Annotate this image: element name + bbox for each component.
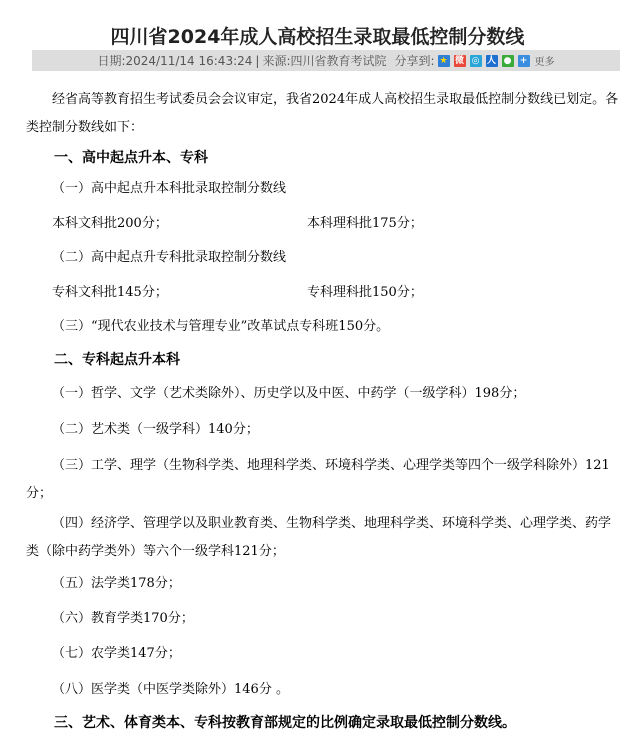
- intro-paragraph: 经省高等教育招生考试委员会会议审定，我省2024年成人高校招生录取最低控制分数线…: [26, 86, 622, 142]
- section1-sub3: （三）“现代农业技术与管理专业”改革试点专科班150分。: [26, 313, 622, 341]
- section1-heading: 一、高中起点升本、专科: [26, 144, 622, 172]
- section2-item: （三）工学、理学（生物科学类、地理科学类、环境科学类、心理学类等四个一级学科除外…: [26, 452, 622, 508]
- section2-item: （八）医学类（中医学类除外）146分 。: [26, 676, 622, 704]
- junior-college-liberal-arts-score: 专科文科批145分；: [26, 279, 307, 307]
- undergrad-liberal-arts-score: 本科文科批200分；: [26, 210, 307, 238]
- article-source: 来源:四川省教育考试院: [262, 52, 386, 69]
- renren-icon[interactable]: 人: [486, 55, 498, 67]
- more-share-icon[interactable]: +: [518, 55, 530, 67]
- wechat-icon[interactable]: ●: [502, 55, 514, 67]
- undergrad-science-score: 本科理科批175分；: [307, 210, 423, 238]
- section1-sub1-items: 本科文科批200分； 本科理科批175分；: [26, 210, 622, 238]
- section2-heading: 二、专科起点升本科: [26, 346, 622, 374]
- share-label: 分享到:: [394, 52, 434, 69]
- share-icons: ★ 微 ◎ 人 ● + 更多: [438, 53, 555, 68]
- qzone-icon[interactable]: ★: [438, 55, 450, 67]
- publish-date: 日期:2024/11/14 16:43:24: [97, 52, 252, 69]
- section2-item: （一）哲学、文学（艺术类除外）、历史学以及中医、中药学（一级学科）198分；: [26, 380, 622, 408]
- more-share-link[interactable]: 更多: [535, 53, 555, 68]
- article-title: 四川省2024年成人高校招生录取最低控制分数线: [0, 25, 635, 49]
- section2-item: （六）教育学类170分；: [26, 605, 622, 633]
- tencent-weibo-icon[interactable]: ◎: [470, 55, 482, 67]
- meta-separator: |: [255, 54, 259, 68]
- section1-sub1: （一）高中起点升本科批录取控制分数线: [26, 175, 622, 203]
- section1-sub2: （二）高中起点升专科批录取控制分数线: [26, 244, 622, 272]
- section2-item: （四）经济学、管理学以及职业教育类、生物科学类、地理科学类、环境科学类、心理学类…: [26, 510, 622, 566]
- section2-item: （二）艺术类（一级学科）140分；: [26, 416, 622, 444]
- section1-sub2-items: 专科文科批145分； 专科理科批150分；: [26, 279, 622, 307]
- section3-heading: 三、艺术、体育类本、专科按教育部规定的比例确定录取最低控制分数线。: [26, 709, 622, 737]
- weibo-icon[interactable]: 微: [454, 55, 466, 67]
- article-meta-bar: 日期:2024/11/14 16:43:24 | 来源:四川省教育考试院 分享到…: [32, 50, 620, 71]
- section2-item: （五）法学类178分；: [26, 570, 622, 598]
- junior-college-science-score: 专科理科批150分；: [307, 279, 423, 307]
- section2-item: （七）农学类147分；: [26, 640, 622, 668]
